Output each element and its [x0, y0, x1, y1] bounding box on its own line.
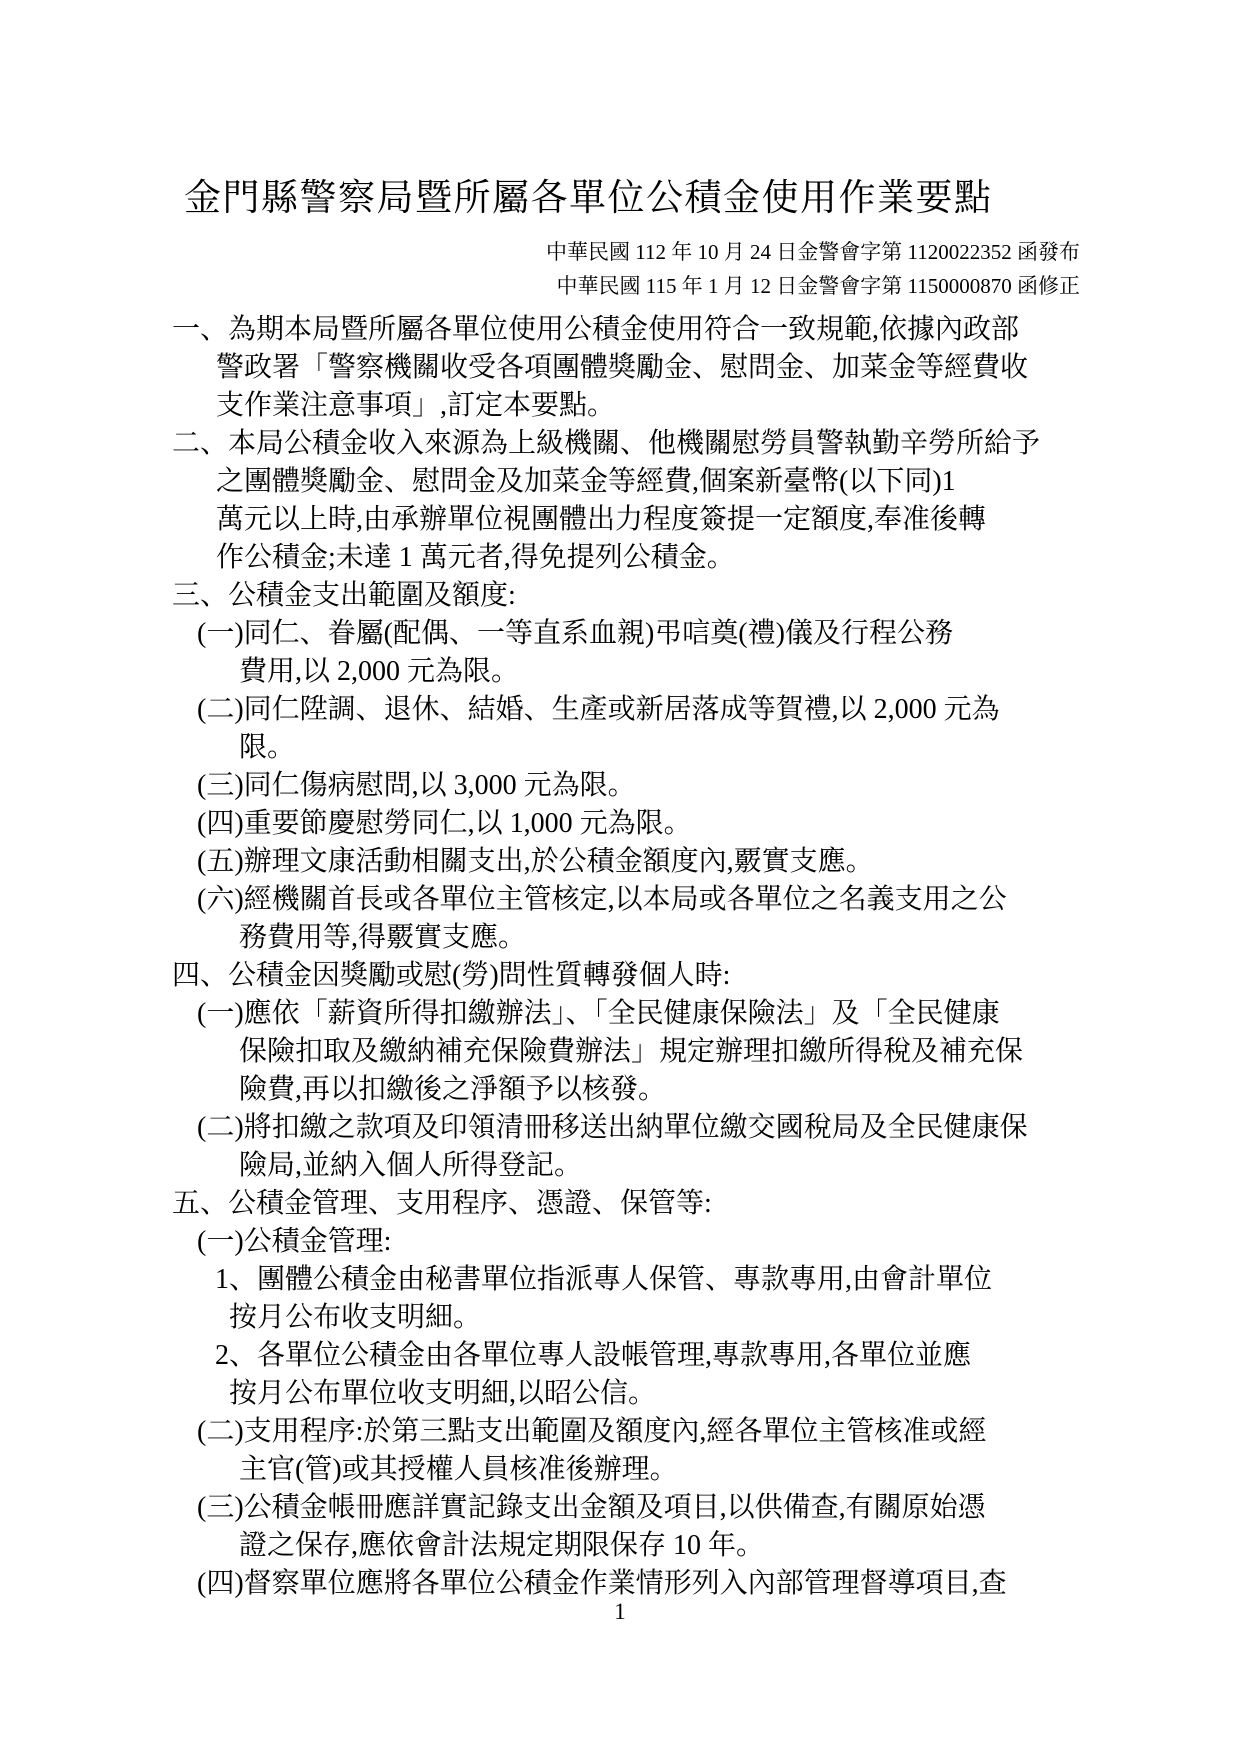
publication-line-issued: 中華民國 112 年 10 月 24 日金警會字第 1120022352 函發布	[172, 235, 1080, 269]
body-line: 一、為期本局暨所屬各單位使用公積金使用符合一致規範,依據內政部	[172, 311, 1080, 349]
body-line: (三)公積金帳冊應詳實記錄支出金額及項目,以供備查,有關原始憑	[172, 1489, 1080, 1527]
document-title: 金門縣警察局暨所屬各單位公積金使用作業要點	[172, 175, 1080, 223]
body-line: 務費用等,得覈實支應。	[172, 919, 1080, 957]
body-line: (六)經機關首長或各單位主管核定,以本局或各單位之名義支用之公	[172, 881, 1080, 919]
body-line: 主官(管)或其授權人員核准後辦理。	[172, 1451, 1080, 1489]
body-line: 限。	[172, 729, 1080, 767]
body-line: 三、公積金支出範圍及額度:	[172, 577, 1080, 615]
document-page: 金門縣警察局暨所屬各單位公積金使用作業要點 中華民國 112 年 10 月 24…	[0, 0, 1240, 1754]
body-line: 2、各單位公積金由各單位專人設帳管理,專款專用,各單位並應	[172, 1337, 1080, 1375]
body-line: 險局,並納入個人所得登記。	[172, 1147, 1080, 1185]
body-line: 警政署「警察機關收受各項團體獎勵金、慰問金、加菜金等經費收	[172, 349, 1080, 387]
body-line: 1、團體公積金由秘書單位指派專人保管、專款專用,由會計單位	[172, 1261, 1080, 1299]
body-line: (四)重要節慶慰勞同仁,以 1,000 元為限。	[172, 805, 1080, 843]
body-line: 五、公積金管理、支用程序、憑證、保管等:	[172, 1185, 1080, 1223]
body-line: 按月公布收支明細。	[172, 1299, 1080, 1337]
body-line: (一)應依「薪資所得扣繳辦法」、「全民健康保險法」及「全民健康	[172, 995, 1080, 1033]
page-number: 1	[0, 1598, 1240, 1626]
body-line: 按月公布單位收支明細,以昭公信。	[172, 1375, 1080, 1413]
body-line: (五)辦理文康活動相關支出,於公積金額度內,覈實支應。	[172, 843, 1080, 881]
body-line: 險費,再以扣繳後之淨額予以核發。	[172, 1071, 1080, 1109]
body-line: (二)支用程序:於第三點支出範圍及額度內,經各單位主管核准或經	[172, 1413, 1080, 1451]
body-line: 二、本局公積金收入來源為上級機關、他機關慰勞員警執勤辛勞所給予	[172, 425, 1080, 463]
body-line: (二)將扣繳之款項及印領清冊移送出納單位繳交國稅局及全民健康保	[172, 1109, 1080, 1147]
document-body: 一、為期本局暨所屬各單位使用公積金使用符合一致規範,依據內政部警政署「警察機關收…	[172, 311, 1080, 1603]
body-line: 作公積金;未達 1 萬元者,得免提列公積金。	[172, 539, 1080, 577]
document-content: 金門縣警察局暨所屬各單位公積金使用作業要點 中華民國 112 年 10 月 24…	[172, 175, 1080, 1603]
publication-line-amended: 中華民國 115 年 1 月 12 日金警會字第 1150000870 函修正	[172, 269, 1080, 303]
body-line: (一)公積金管理:	[172, 1223, 1080, 1261]
body-line: 萬元以上時,由承辦單位視團體出力程度簽提一定額度,奉准後轉	[172, 501, 1080, 539]
body-line: (二)同仁陞調、退休、結婚、生產或新居落成等賀禮,以 2,000 元為	[172, 691, 1080, 729]
publication-info: 中華民國 112 年 10 月 24 日金警會字第 1120022352 函發布…	[172, 235, 1080, 303]
body-line: 保險扣取及繳納補充保險費辦法」規定辦理扣繳所得稅及補充保	[172, 1033, 1080, 1071]
body-line: 費用,以 2,000 元為限。	[172, 653, 1080, 691]
body-line: (三)同仁傷病慰問,以 3,000 元為限。	[172, 767, 1080, 805]
body-line: 之團體獎勵金、慰問金及加菜金等經費,個案新臺幣(以下同)1	[172, 463, 1080, 501]
body-line: 四、公積金因獎勵或慰(勞)問性質轉發個人時:	[172, 957, 1080, 995]
body-line: 證之保存,應依會計法規定期限保存 10 年。	[172, 1527, 1080, 1565]
body-line: (一)同仁、眷屬(配偶、一等直系血親)弔唁奠(禮)儀及行程公務	[172, 615, 1080, 653]
body-line: 支作業注意事項」,訂定本要點。	[172, 387, 1080, 425]
